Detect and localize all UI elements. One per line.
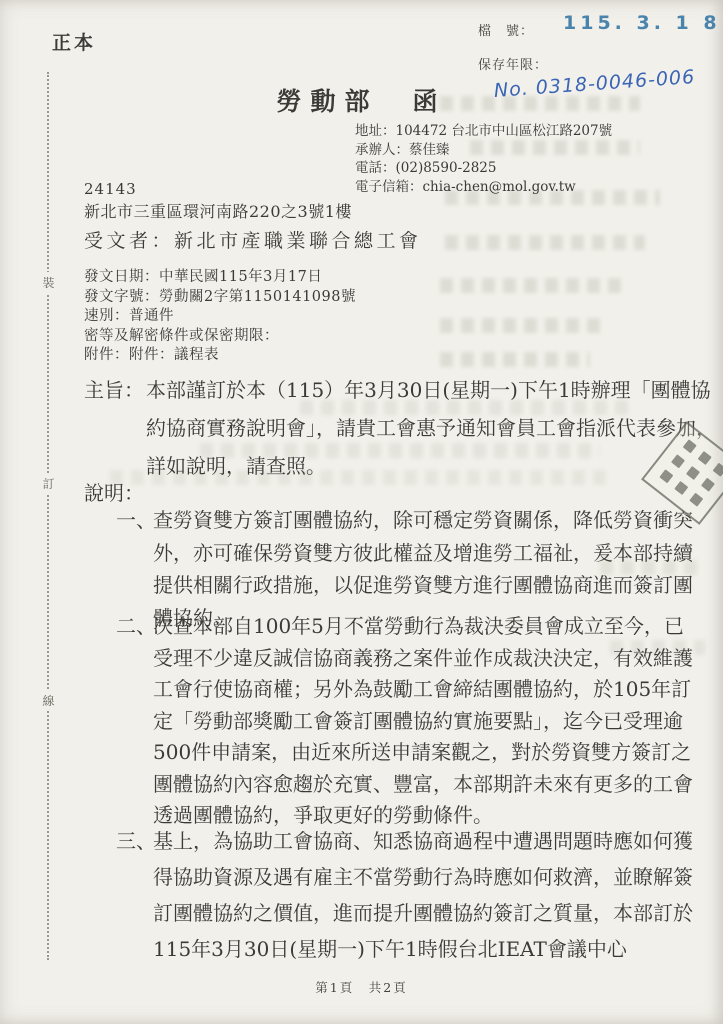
recipient-line: 受文者：新北市產職業聯合總工會 (84, 226, 422, 253)
retention-period-label: 保存年限： (478, 54, 548, 73)
speed-class-line: 速別：普通件 (84, 307, 356, 327)
binding-dotted-line (47, 72, 49, 960)
sender-contact-person: 承辦人：蔡佳臻 (355, 141, 612, 160)
sender-phone: 電話：(02)8590-2825 (355, 159, 612, 178)
bleedthrough-artifact (445, 235, 645, 250)
item-number: 三、 (116, 823, 156, 859)
explanation-label: 說明： (84, 477, 144, 506)
item-number: 一、 (116, 504, 156, 537)
sender-contact-block: 地址：104472 台北市中山區松江路207號 承辦人：蔡佳臻 電話：(02)8… (355, 122, 612, 196)
subject-text: 本部謹訂於本（115）年3月30日(星期一)下午1時辦理「團體協約協商實務說明會… (146, 378, 716, 478)
subject-paragraph: 主旨： 本部謹訂於本（115）年3月30日(星期一)下午1時辦理「團體協約協商實… (84, 371, 723, 485)
recipient-zip: 24143 (84, 180, 137, 198)
item-text: 基上，為協助工會協商、知悉協商過程中遭遇問題時應如何獲得協助資源及遇有雇主不當勞… (153, 829, 693, 961)
binding-mark-xian: 線 (40, 690, 57, 711)
explanation-item-2: 二、 次查本部自100年5月不當勞動行為裁決委員會成立至今，已受理不少違反誠信協… (116, 611, 701, 832)
binding-mark-ding: 訂 (40, 473, 57, 494)
binding-mark-zhuang: 裝 (40, 272, 57, 293)
document-meta-block: 發文日期：中華民國115年3月17日 發文字號：勞動關2字第1150141098… (84, 268, 356, 366)
issue-number-line: 發文字號：勞動關2字第1150141098號 (84, 288, 356, 308)
bleedthrough-artifact (440, 278, 625, 293)
item-number: 二、 (116, 611, 156, 643)
file-number-label: 檔 號： (478, 20, 534, 39)
recipient-address: 新北市三重區環河南路220之3號1樓 (84, 199, 352, 222)
security-class-line: 密等及解密條件或保密期限： (84, 327, 356, 347)
explanation-item-3: 三、 基上，為協助工會協商、知悉協商過程中遭遇問題時應如何獲得協助資源及遇有雇主… (116, 823, 701, 967)
sender-address: 地址：104472 台北市中山區松江路207號 (355, 122, 612, 141)
issue-date-line: 發文日期：中華民國115年3月17日 (84, 268, 356, 288)
copy-type-label: 正本 (52, 28, 96, 55)
bleedthrough-artifact (440, 352, 590, 367)
bleedthrough-artifact (440, 318, 600, 333)
item-text: 次查本部自100年5月不當勞動行為裁決委員會成立至今，已受理不少違反誠信協商義務… (153, 614, 693, 827)
attachment-line: 附件：附件：議程表 (84, 346, 356, 366)
sender-email: 電子信箱：chia-chen@mol.gov.tw (355, 178, 612, 197)
file-number-date-stamp: 115. 3. 1 8 (563, 12, 721, 34)
subject-label: 主旨： (84, 371, 144, 409)
scanned-letter-page: 裝 訂 線 正本 檔 號： 115. 3. 1 8 保存年限： 勞動部 函 No… (0, 0, 723, 1024)
page-number-footer: 第1頁 共2頁 (0, 978, 723, 996)
